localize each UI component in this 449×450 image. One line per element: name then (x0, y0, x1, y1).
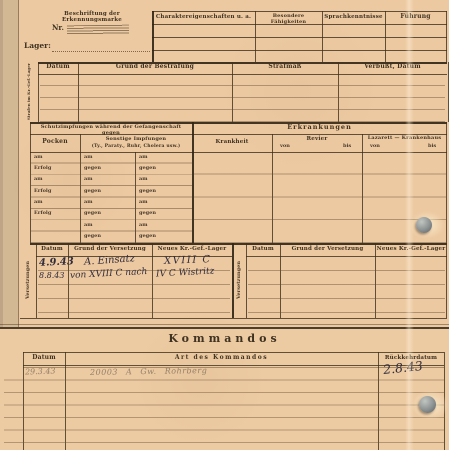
strafen-col-strafmass: Strafmaß (232, 64, 338, 71)
kommandos-title: Kommandos (0, 333, 449, 346)
rule (36, 243, 37, 318)
versetzungen-col-lager: Neues Kr.-Gef.-Lager (375, 246, 447, 252)
rule (152, 37, 447, 38)
erkrankungen-col-krankheit: Krankheit (192, 139, 272, 145)
rule (20, 318, 447, 319)
impfung-cell-label: gegen (84, 189, 101, 194)
rule (152, 50, 447, 51)
impfung-cell-label: gegen (84, 211, 101, 216)
impfung-cell-label: gegen (139, 211, 156, 216)
nr-label: Nr. (52, 24, 64, 32)
lager-blank-line (52, 42, 150, 52)
impfungen-row-rules (30, 152, 192, 243)
impfung-cell-label: am (139, 223, 148, 228)
scan-left-shadow (0, 0, 3, 327)
impfung-cell-label: am (139, 177, 148, 182)
impfung-cell-label: gegen (84, 234, 101, 239)
strafen-col-verbuesst: Verbüßt, Datum (338, 64, 447, 71)
impfung-cell-label: am (84, 177, 93, 182)
impfungen-col-pocken: Pocken (30, 139, 80, 146)
punch-hole (419, 396, 436, 413)
rule (446, 243, 447, 318)
kommandos-col-art: Art des Kommandos (65, 355, 378, 362)
impfung-cell-label: am (34, 200, 43, 205)
nr-filled-value (67, 25, 129, 36)
impfung-cell-label: am (84, 223, 93, 228)
punch-hole (416, 217, 432, 233)
rule (23, 365, 444, 366)
strafen-col-datum: Datum (38, 64, 78, 71)
impfung-cell-label: Erfolg (34, 189, 51, 194)
strafen-row-rules (40, 74, 445, 122)
impfung-cell-label: am (34, 155, 43, 160)
hw-kommando-datum: 29.3.43 (25, 366, 56, 376)
impfung-cell-label: am (34, 177, 43, 182)
impfung-cell-label: Erfolg (34, 166, 51, 171)
versetzungen-col-datum: Datum (246, 246, 280, 252)
erkennungsmarke-title: Beschriftung der Erkennungsmarke (36, 11, 148, 24)
hw-versetzung-datum-2: 8.8.43 (39, 271, 64, 280)
erkrankungen-col-revier: Revier (272, 136, 362, 142)
impfungen-col-sonstige-line1: Sonstige Impfungen (80, 137, 192, 143)
versetzungen-side-label: Versetzungen (21, 243, 36, 318)
col-fuehrung: Führung (385, 14, 446, 21)
erkrankungen-col-lazarett: Lazarett — Krankenhaus (362, 136, 447, 142)
kommandos-row-rules (4, 368, 444, 450)
versetzungen-col-datum: Datum (36, 246, 68, 252)
card-edge-line (0, 324, 449, 325)
impfung-cell-label: am (84, 200, 93, 205)
revier-von-label: von (280, 144, 290, 149)
impfung-cell-label: gegen (139, 166, 156, 171)
rule (446, 11, 447, 62)
strafen-side-label: Strafen im Kr.-Gef.-Lager (21, 62, 37, 122)
lazarett-bis-label: bis (428, 144, 436, 149)
rule (23, 352, 444, 353)
col-besondere-faehigkeiten: Besondere Fähigkeiten (255, 14, 322, 26)
hw-versetzung-lager-1: XVIII C (164, 254, 212, 267)
impfungen-col-sonstige-line2: (Ty., Paraty., Ruhr, Cholera usw.) (80, 144, 192, 149)
versetzungen-col-lager: Neues Kr.-Gef.-Lager (152, 246, 232, 252)
impfung-cell-label: am (139, 200, 148, 205)
impfung-cell-label: gegen (139, 234, 156, 239)
versetzungen-row-rules (248, 257, 445, 318)
impfung-cell-label: gegen (84, 166, 101, 171)
rule (152, 11, 447, 12)
kommandos-col-datum: Datum (23, 355, 65, 362)
impfungen-title: Schutzimpfungen während der Gefangenscha… (31, 125, 191, 137)
erkrankungen-row-rules (194, 152, 446, 243)
hw-versetzung-datum-1: 4.9.43 (39, 256, 74, 269)
impfung-cell-label: am (139, 155, 148, 160)
col-sprachkenntnisse: Sprachkenntnisse (322, 14, 385, 20)
erkrankungen-title: Erkrankungen (192, 124, 447, 131)
revier-bis-label: bis (343, 144, 351, 149)
versetzungen-side-label: Versetzungen (233, 243, 246, 318)
col-charaktereigenschaften: Charaktereigenschaften u. a. (152, 14, 255, 20)
rule (246, 243, 247, 318)
strafen-col-grund: Grund der Bestrafung (78, 64, 232, 71)
lazarett-von-label: von (370, 144, 380, 149)
impfung-cell-label: am (84, 155, 93, 160)
impfung-cell-label: gegen (139, 189, 156, 194)
impfung-cell-label: Erfolg (34, 211, 51, 216)
versetzungen-col-grund: Grund der Versetzung (68, 246, 152, 252)
lager-label: Lager: (24, 42, 51, 50)
versetzungen-col-grund: Grund der Versetzung (280, 246, 375, 252)
scanned-pow-record-card: { "top": { "erkennungsmarke_title": "Bes… (0, 0, 449, 450)
